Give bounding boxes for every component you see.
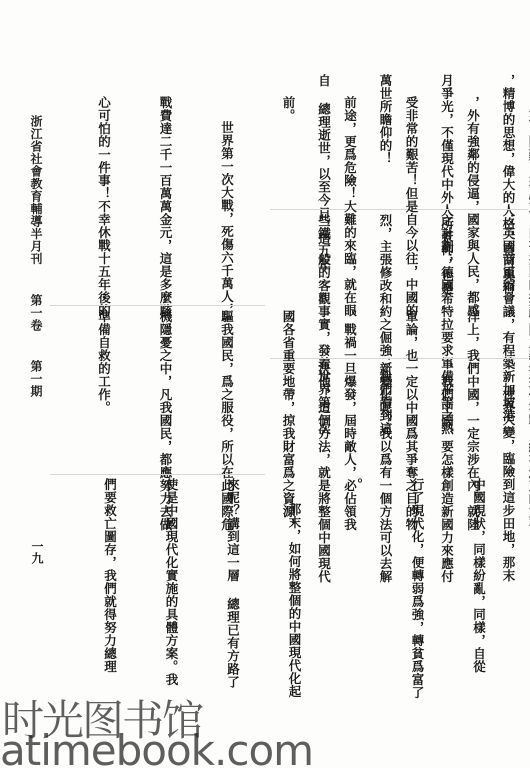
watermark-url: atimebook.com [0,726,313,768]
text-column: 。 [345,478,366,690]
text-column: 中國現狀，同樣紛亂，同樣，自從 [468,478,489,690]
text-column: 行了現代化，便轉弱爲強，轉貧爲富了 [407,478,428,690]
text-column: 們要救亡圖存，我們就得努力總理 [99,478,120,690]
text-column: 來呢？講到這一層 總理已有方路了 [222,478,243,690]
text-column: 心可怕的一件事！不幸休戰十五年後的 [93,96,114,302]
text-column: 機隱憂之中，凡我國民，都應努力去做 [155,310,176,470]
text-column: 戰費達二千一百萬萬金元，這是多麼駭 [155,96,176,302]
text-column: 使是中國現代化實施的具體方案。我 [161,478,182,690]
text-block-bottom-left: 化起來。換句話說，就是促進中國完成 現代的物質建設和現代的社會組織。五 十年前的… [58,478,530,690]
publication-title: 浙江省社會教育輔導半月刊 [28,115,45,265]
band-divider [50,305,265,306]
text-column: 準備自救的工作。 [93,310,114,470]
scanned-page: 浙江省社會教育輔導半月刊 第一卷 第一期 一九 體，滿清三百年的滿清帝國，創造中… [0,0,530,768]
text-column: 世界第一次大戰，死傷六千萬人， [216,96,237,302]
text-column: 驅我國民，爲之服役，所以在此國際危 [216,310,237,470]
page-number: 一九 [29,540,46,564]
issue-label: 第一期 [28,360,45,398]
volume-label: 第一卷 [28,294,45,332]
running-header: 浙江省社會教育輔導半月刊 第一卷 第一期 [28,115,45,397]
band-divider [50,474,265,475]
text-column: 那末，如何將整個的中國現代化起 [284,478,305,690]
